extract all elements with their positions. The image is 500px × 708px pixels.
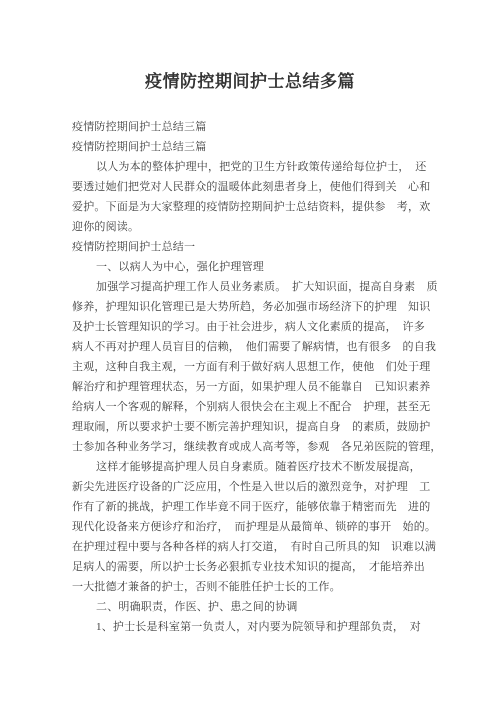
text-line: 迎你的阅读。 bbox=[72, 217, 432, 237]
text-line: 作有了新的挑战，护理工作毕竟不同于医疗，能够依靠于精密而先 进的 bbox=[72, 497, 432, 517]
text-line: 一大批德才兼备的护士，否则不能胜任护士长的工作。 bbox=[72, 577, 432, 597]
text-line: 理取闹，所以要求护士要不断完善护理知识，提高自身 的素质，鼓励护 bbox=[72, 417, 432, 437]
text-line: 加强学习提高护理工作人员业务素质。 扩大知识面，提高自身素 质 bbox=[72, 277, 432, 297]
document-title: 疫情防控期间护士总结多篇 bbox=[0, 70, 500, 94]
text-line: 一、以病人为中心，强化护理管理 bbox=[72, 257, 432, 277]
text-line: 疫情防控期间护士总结一 bbox=[72, 237, 432, 257]
text-line: 这样才能够提高护理人员自身素质。随着医疗技术不断发展提高， bbox=[72, 457, 432, 477]
text-line: 主观，这种自我主观，一方面有利于做好病人思想工作，使他 们处于理 bbox=[72, 357, 432, 377]
text-line: 新尖先进医疗设备的广泛应用，个性是入世以后的激烈竞争，对护理 工 bbox=[72, 477, 432, 497]
text-line: 1、护士长是科室第一负责人，对内要为院领导和护理部负责， 对 bbox=[72, 617, 432, 637]
text-line: 在护理过程中要与各种各样的病人打交道， 有时自己所具的知 识难以满 bbox=[72, 537, 432, 557]
text-line: 以人为本的整体护理中，把党的卫生方针政策传递给每位护士， 还 bbox=[72, 157, 432, 177]
text-line: 疫情防控期间护士总结三篇 bbox=[72, 137, 432, 157]
text-line: 修养，护理知识化管理已是大势所趋，务必加强市场经济下的护理 知识 bbox=[72, 297, 432, 317]
text-line: 现代化设备来方便诊疗和治疗， 而护理是从最简单、锁碎的事开 始的。 bbox=[72, 517, 432, 537]
text-line: 二、明确职责，作医、护、患之间的协调 bbox=[72, 597, 432, 617]
text-line: 解治疗和护理管理状态，另一方面，如果护理人员不能靠自 已知识素养 bbox=[72, 377, 432, 397]
document-page: 疫情防控期间护士总结多篇 疫情防控期间护士总结三篇疫情防控期间护士总结三篇以人为… bbox=[0, 0, 500, 708]
text-line: 给病人一个客观的解释，个别病人很快会在主观上不配合 护理，甚至无 bbox=[72, 397, 432, 417]
text-line: 爱护。下面是为大家整理的疫情防控期间护士总结资料，提供参 考，欢 bbox=[72, 197, 432, 217]
text-line: 疫情防控期间护士总结三篇 bbox=[72, 117, 432, 137]
text-line: 病人不再对护理人员盲目的信赖， 他们需要了解病情，也有很多 的自我 bbox=[72, 337, 432, 357]
text-line: 及护士长管理知识的学习。由于社会进步，病人文化素质的提高， 许多 bbox=[72, 317, 432, 337]
text-line: 足病人的需要，所以护士长务必狠抓专业技术知识的提高， 才能培养出 bbox=[72, 557, 432, 577]
document-body: 疫情防控期间护士总结三篇疫情防控期间护士总结三篇以人为本的整体护理中，把党的卫生… bbox=[72, 117, 432, 637]
text-line: 士参加各种业务学习，继续教育或成人高考等，参观 各兄弟医院的管理， bbox=[72, 437, 432, 457]
text-line: 要透过她们把党对人民群众的温暖体此刻患者身上，使他们得到关 心和 bbox=[72, 177, 432, 197]
